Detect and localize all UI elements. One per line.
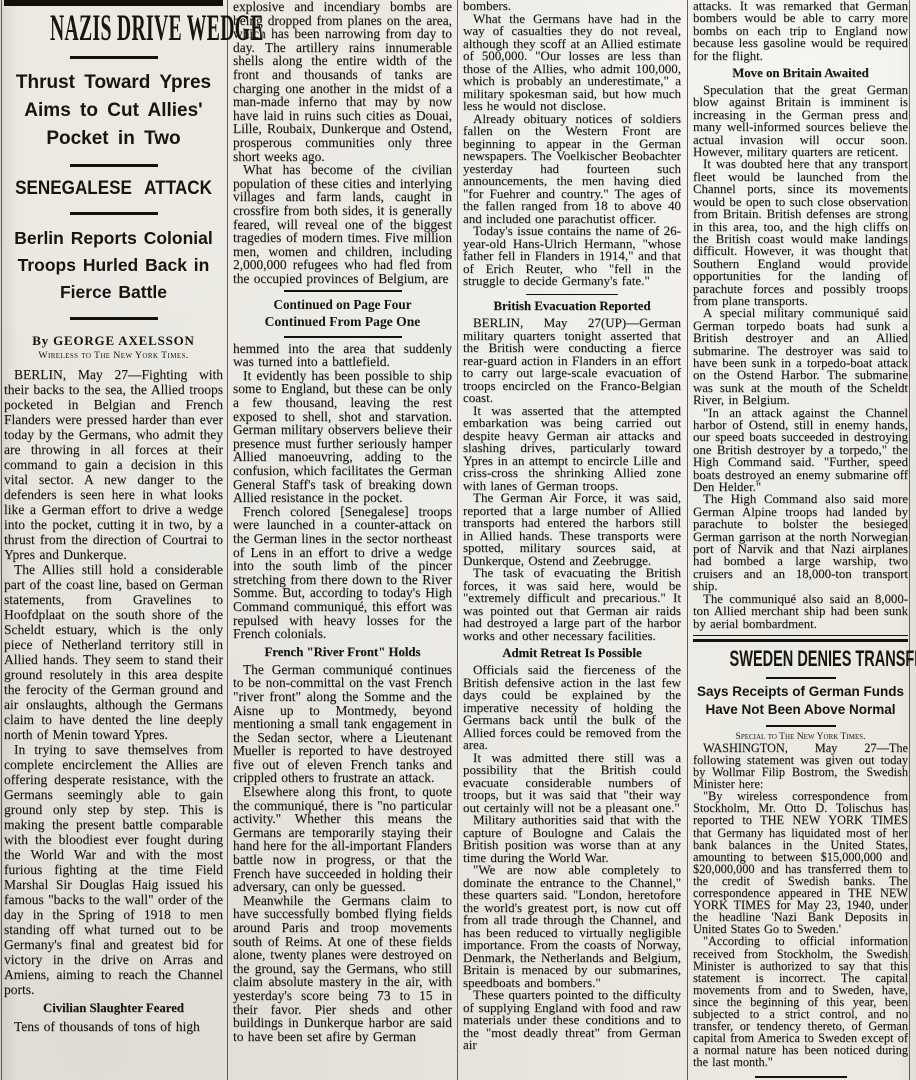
column-3-body-mid: BERLIN, May 27(UP)—German military quart… xyxy=(463,317,681,642)
column-2-body-bottom: The German communiqué continues to be no… xyxy=(233,663,452,1044)
article-paragraph: It was asserted that the attempted embar… xyxy=(463,405,681,493)
article-paragraph: Meanwhile the Germans claim to have succ… xyxy=(233,894,452,1044)
continued-on-notice: Continued on Page Four xyxy=(233,296,452,313)
right-edge-rule xyxy=(909,0,910,1080)
column-3-body-top: bombers. What the Germans have had in th… xyxy=(463,0,681,288)
article-paragraph: Military authorities said that with the … xyxy=(463,814,681,864)
column-divider-3 xyxy=(687,0,688,1080)
article-paragraph: What has become of the civilian populati… xyxy=(233,163,452,285)
article-paragraph: It was doubted here that any transport f… xyxy=(693,158,908,307)
article-paragraph: It was admitted there still was a possib… xyxy=(463,752,681,815)
deck-divider-1 xyxy=(70,164,158,167)
continued-from-notice: Continued From Page One xyxy=(233,313,452,331)
column-1: NAZIS DRIVE WEDGE Thrust Toward Ypres Ai… xyxy=(4,0,223,1034)
article-paragraph: In trying to save themselves from comple… xyxy=(4,742,223,997)
article-paragraph: What the Germans have had in the way of … xyxy=(463,13,681,113)
left-edge-rule xyxy=(1,0,2,1080)
article-paragraph: A special military communiqué said Germa… xyxy=(693,307,908,406)
deck-divider-2 xyxy=(70,212,158,215)
article-paragraph: Today's issue contains the name of 26-ye… xyxy=(463,225,681,288)
article-paragraph: "By wireless correspondence from Stockho… xyxy=(693,790,908,935)
deck-headline-1: Thrust Toward Ypres Aims to Cut Allies' … xyxy=(4,69,223,153)
column-2-body-top: explosive and incendiary bombs are being… xyxy=(233,0,452,285)
headline-divider xyxy=(70,56,158,59)
article-paragraph: The High Command also said more German A… xyxy=(693,493,908,592)
byline: By GEORGE AXELSSON xyxy=(4,333,223,349)
article-separator-rule xyxy=(693,635,908,642)
column-1-body: BERLIN, May 27—Fighting with their backs… xyxy=(4,367,223,997)
article-paragraph: BERLIN, May 27—Fighting with their backs… xyxy=(4,367,223,562)
sweden-article: SWEDEN DENIES TRANSFER Says Receipts of … xyxy=(693,646,908,1078)
newspaper-page: NAZIS DRIVE WEDGE Thrust Toward Ypres Ai… xyxy=(0,0,916,1080)
article-paragraph: Officials said the fierceness of the Bri… xyxy=(463,664,681,752)
sweden-article-body: WASHINGTON, May 27—The following stateme… xyxy=(693,742,908,1069)
article-paragraph: explosive and incendiary bombs are being… xyxy=(233,0,452,163)
continued-rule-top xyxy=(284,290,402,292)
deck-headline-3: Berlin Reports Colonial Troops Hurled Ba… xyxy=(4,225,223,306)
column-divider-1 xyxy=(227,0,228,1080)
article-paragraph: The communiqué also said an 8,000-ton Al… xyxy=(693,593,908,630)
subhead-admit-retreat: Admit Retreat Is Possible xyxy=(463,646,681,661)
article-paragraph: Speculation that the great German blow a… xyxy=(693,84,908,158)
article-paragraph: The German communiqué continues to be no… xyxy=(233,663,452,785)
sweden-deck-headline: Says Receipts of German Funds Have Not B… xyxy=(693,683,908,720)
column-2: explosive and incendiary bombs are being… xyxy=(233,0,452,1043)
article-paragraph: "We are now able completely to dominate … xyxy=(463,864,681,989)
article-paragraph: BERLIN, May 27(UP)—German military quart… xyxy=(463,317,681,405)
column-2-body-mid: hemmed into the area that suddenly was t… xyxy=(233,342,452,641)
column-1-tail: Tens of thousands of tons of high xyxy=(4,1019,223,1034)
column-4: attacks. It was remarked that German bom… xyxy=(693,0,908,1078)
article-paragraph: French colored [Senegalese] troops were … xyxy=(233,505,452,641)
deck-headline-2: SENEGALESE ATTACK xyxy=(15,177,212,201)
article-paragraph: WASHINGTON, May 27—The following stateme… xyxy=(693,742,908,790)
wire-credit: Wireless to The New York Times. xyxy=(4,350,223,361)
top-border-rule xyxy=(4,0,223,6)
deck-divider-3 xyxy=(70,317,158,320)
main-headline: NAZIS DRIVE WEDGE xyxy=(50,8,177,49)
column-3: bombers. What the Germans have had in th… xyxy=(463,0,681,1052)
article-paragraph: It evidently has been possible to ship s… xyxy=(233,369,452,505)
subhead-river-front: French "River Front" Holds xyxy=(233,645,452,660)
section-rule xyxy=(526,294,618,296)
article-paragraph: "In an attack against the Channel harbor… xyxy=(693,407,908,494)
article-paragraph: The Allies still hold a considerable par… xyxy=(4,562,223,742)
article-paragraph: attacks. It was remarked that German bom… xyxy=(693,0,908,62)
subhead-british-evacuation: British Evacuation Reported xyxy=(463,299,681,314)
article-paragraph: Elsewhere along this front, to quote the… xyxy=(233,785,452,894)
article-paragraph: Already obituary notices of soldiers fal… xyxy=(463,113,681,226)
subhead-move-on-britain: Move on Britain Awaited xyxy=(693,66,908,81)
column-3-body-bottom: Officials said the fierceness of the Bri… xyxy=(463,664,681,1052)
article-paragraph: These quarters pointed to the difficulty… xyxy=(463,989,681,1052)
sweden-end-rule xyxy=(755,1076,847,1078)
column-divider-2 xyxy=(457,0,458,1080)
article-paragraph: The German Air Force, it was said, repor… xyxy=(463,492,681,567)
article-paragraph: Tens of thousands of tons of high xyxy=(4,1019,223,1034)
column-4-body-top: attacks. It was remarked that German bom… xyxy=(693,0,908,62)
subhead-civilian-slaughter: Civilian Slaughter Feared xyxy=(4,1001,223,1016)
article-paragraph: hemmed into the area that suddenly was t… xyxy=(233,342,452,369)
sweden-deck-divider xyxy=(766,725,836,727)
column-4-body: Speculation that the great German blow a… xyxy=(693,84,908,630)
sweden-headline: SWEDEN DENIES TRANSFER xyxy=(730,646,872,672)
continued-rule-bottom xyxy=(284,336,402,338)
article-paragraph: The task of evacuating the British force… xyxy=(463,567,681,642)
sweden-headline-divider xyxy=(766,677,836,679)
article-paragraph: "According to official information recei… xyxy=(693,935,908,1068)
